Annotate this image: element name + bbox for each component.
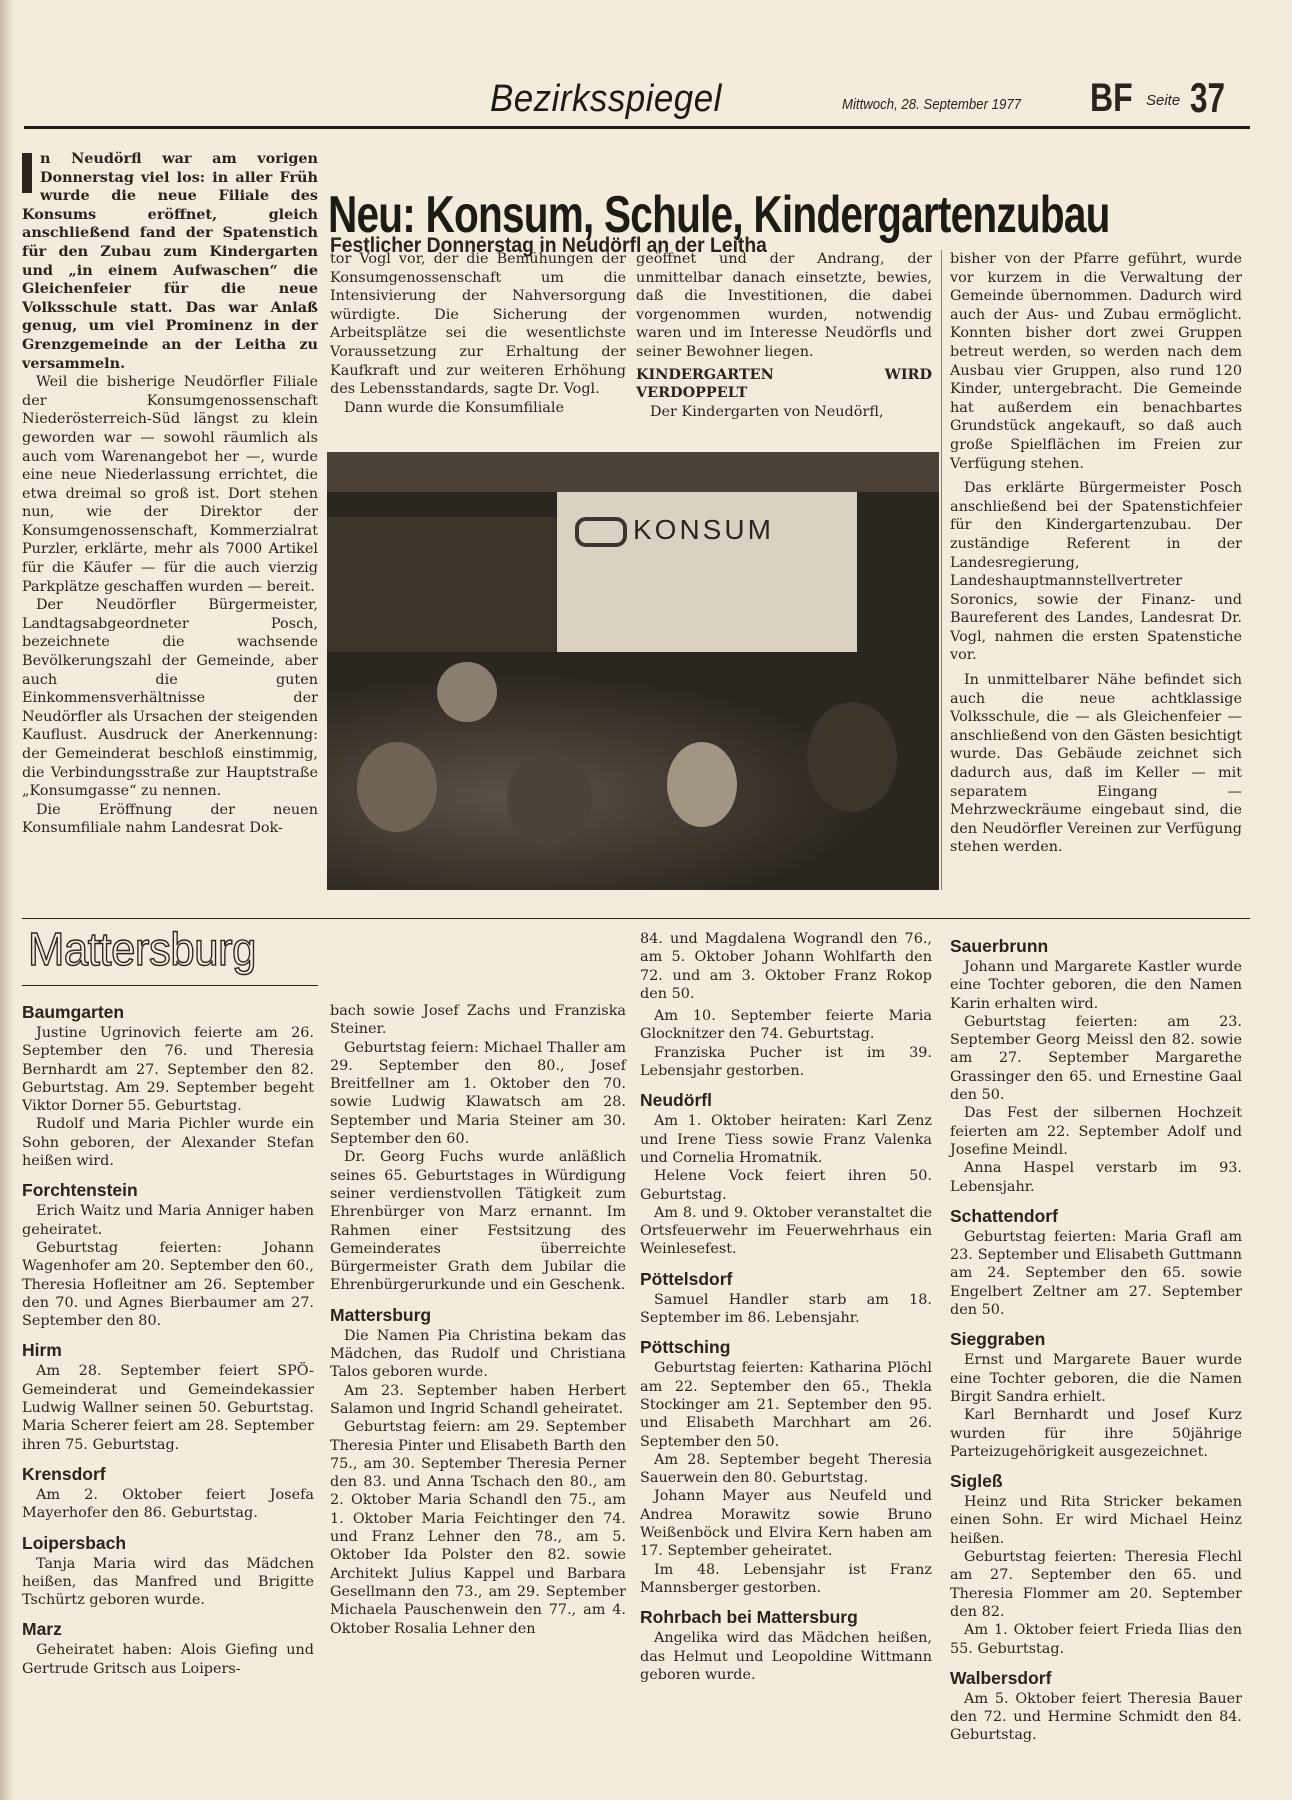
body-paragraph: geöffnet und der Andrang, der unmittelba… xyxy=(636,250,932,362)
region-title: Mattersburg xyxy=(28,922,256,976)
brand-logo: BF xyxy=(1090,76,1133,121)
body-paragraph: In unmittelbarer Nähe befindet sich auch… xyxy=(950,671,1242,857)
place-heading: Mattersburg xyxy=(330,1305,626,1325)
article-column-3: geöffnet und der Andrang, der unmittelba… xyxy=(636,250,932,421)
place-heading: Krensdorf xyxy=(22,1464,314,1484)
news-column-3: 84. und Magdalena Wograndl den 76., am 5… xyxy=(640,930,932,1684)
news-column-2: bach sowie Josef Zachs und Franziska Ste… xyxy=(330,1002,626,1638)
body-paragraph: tor Vogl vor, der die Bemühungen der Kon… xyxy=(330,250,626,399)
article-column-4: bisher von der Pfarre geführt, wurde vor… xyxy=(950,250,1242,857)
konsum-logo-icon xyxy=(575,517,627,547)
body-paragraph: Der Kindergarten von Neudörfl, xyxy=(636,403,932,422)
page-number: 37 xyxy=(1190,74,1225,122)
drop-cap xyxy=(22,153,32,193)
place-heading: Baumgarten xyxy=(22,1002,314,1022)
body-paragraph: Die Eröffnung der neuen Konsumfiliale na… xyxy=(22,801,318,838)
page-edge xyxy=(0,0,12,1800)
place-heading: Pöttsching xyxy=(640,1337,932,1357)
place-heading: Sieggraben xyxy=(950,1329,1242,1349)
place-heading: Rohrbach bei Mattersburg xyxy=(640,1607,932,1627)
konsum-sign: KONSUM xyxy=(575,514,774,547)
place-heading: Schattendorf xyxy=(950,1206,1242,1226)
body-paragraph: Das erklärte Bürgermeister Posch anschli… xyxy=(950,479,1242,665)
body-paragraph: Weil die bisherige Neudörfler Filiale de… xyxy=(22,373,318,596)
masthead-rule xyxy=(24,126,1250,129)
place-heading: Neudörfl xyxy=(640,1090,932,1110)
section-rule xyxy=(22,918,1250,919)
place-heading: Sauerbrunn xyxy=(950,936,1242,956)
place-heading: Sigleß xyxy=(950,1471,1242,1491)
place-heading: Marz xyxy=(22,1619,314,1639)
article-column-2: tor Vogl vor, der die Bemühungen der Kon… xyxy=(330,250,626,417)
shop-window xyxy=(327,517,557,657)
article-lead-column: n Neudörfl war am vorigen Donnerstag vie… xyxy=(22,150,318,838)
section-rule xyxy=(22,985,318,986)
column-rule xyxy=(941,250,942,890)
place-heading: Loipersbach xyxy=(22,1533,314,1553)
body-paragraph: bisher von der Pfarre geführt, wurde vor… xyxy=(950,250,1242,473)
body-paragraph: Dann wurde die Konsumfiliale xyxy=(330,399,626,418)
article-photo: KONSUM xyxy=(327,452,939,890)
news-column-1: Baumgarten Justine Ugrinovich feierte am… xyxy=(22,1002,314,1678)
place-heading: Forchtenstein xyxy=(22,1180,314,1200)
place-heading: Hirm xyxy=(22,1340,314,1360)
page-label: Seite xyxy=(1146,92,1180,109)
lead-paragraph: n Neudörfl war am vorigen Donnerstag vie… xyxy=(22,150,318,373)
issue-date: Mittwoch, 28. September 1977 xyxy=(842,96,1021,113)
news-column-4: Sauerbrunn Johann und Margarete Kastler … xyxy=(950,936,1242,1745)
section-title: Bezirksspiegel xyxy=(490,78,722,121)
place-heading: Walbersdorf xyxy=(950,1668,1242,1688)
masthead: Bezirksspiegel Mittwoch, 28. September 1… xyxy=(490,78,1242,122)
crosshead: KINDERGARTEN WIRD VERDOPPELT xyxy=(636,366,932,403)
place-heading: Pöttelsdorf xyxy=(640,1269,932,1289)
body-paragraph: Der Neudörfler Bürgermeister, Landtagsab… xyxy=(22,596,318,801)
